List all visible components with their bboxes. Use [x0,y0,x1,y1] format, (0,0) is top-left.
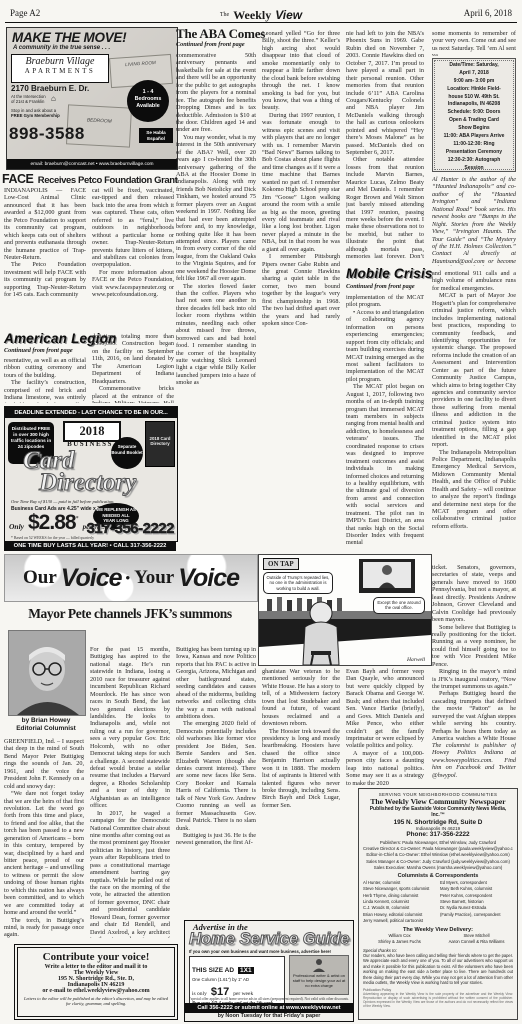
banner-voice: Voice [61,564,122,593]
mobile-crisis-col2: and emotional 911 calls and a high volum… [432,270,516,548]
masthead-phone: Phone: 317-356-2222 [363,831,513,838]
voice-col2: For the past 15 months, Buttigieg has as… [90,646,170,938]
card-ad-phone: 317-356-2222 [87,520,174,537]
home-ad-title: Home Service Guide [189,930,349,949]
cartoon-signature: Harwell [407,657,425,663]
home-ad-deadline: by Noon Tuesday for that Friday’s paper [185,1013,353,1019]
face-article-col2: cat will be fixed, vaccinated, ear-tippe… [92,187,174,329]
box-label: BEDROOM [87,118,112,124]
ad-headline: MAKE THE MOVE! [12,30,126,45]
byline-name: by Brian Howey [4,717,88,725]
columnists-list: Al Hunter, columnistSteve Nicewanger, sp… [363,880,513,924]
masthead-publisher-lines: Publishers: Paula Nicewanger, Ethel Wins… [363,840,513,871]
staff-photo-note: Professional writer & artist on staff to… [289,955,349,995]
aba-continued: Continued from front page [176,41,245,48]
home-service-guide-ad: Advertise in the Home Service Guide If y… [184,920,354,1022]
masthead-published-by: Published by the Eastside Voice Communit… [363,806,513,818]
aba-title: The ABA Comes [176,26,265,42]
directory-word: Directory [39,469,136,497]
se-habla-badge: Se Habla Español [139,128,173,143]
banner-your: Your [134,567,174,589]
card-directory-ad: DEADLINE EXTENDED - LAST CHANCE TO BE IN… [4,406,178,542]
policy-text: Advertising appearing in the Weekly View… [363,992,513,1009]
contribute-title: Contribute your voice! [15,951,177,963]
contribute-note: Letters to the editor will be published … [15,996,177,1006]
cartoon-bubble-1: Outside of Trump’s repeated lies, no one… [263,572,333,594]
columnists-left: Al Hunter, columnistSteve Nicewanger, sp… [363,880,436,924]
thanks-text: Our readers, who have been calling and t… [363,953,513,986]
voice-headline: Mayor Pete channels JFK’s summons [2,606,258,622]
banner-voice2: Voice [178,564,239,593]
portrait-art [9,631,85,715]
aba-col4-top: some moments to remember of your very ow… [432,30,516,56]
home-ad-pitch: If you own your own business and want mo… [189,949,349,954]
aba-event-box: Date/Time: Saturday,April 7, 20189:00 am… [432,58,516,172]
directory-cover-thumb: 2018 Card Directory [145,421,175,467]
aba-author-bio: Al Hunter is the author of the “Haunted … [432,176,516,266]
braeburn-apartments-ad: MAKE THE MOVE! A community in the true s… [6,27,178,170]
delivery-list: William CoxShirley & James Fuchs Steve M… [363,933,513,946]
voice-col4: ghanistan War veteran to be mentioned se… [262,668,340,916]
voice-col1: GREENFIELD, Ind. – I suspect that deep i… [4,738,84,938]
editorial-cartoon: ON TAP Outside of Trump’s repeated lies,… [258,554,432,666]
face-headline-rest: Receives Petco Foundation Grant [38,175,178,186]
legion-continued: Continued from front page [4,347,73,354]
booklet-badge: Separate Bound Booklet [111,437,143,469]
price-asterisk: * [76,516,79,522]
contact-text: email: braeburn@comcast.net • www.braebu… [30,162,153,167]
masthead-paper-title: The Weekly View Community Newspaper [363,797,513,806]
ad-gym-note: Stop in and ask about a FREE Gym Members… [11,108,60,118]
deadline-banner: DEADLINE EXTENDED - LAST CHANCE TO BE IN… [5,407,177,418]
home-ad-call-bar: Call 356-2222 or submit online at www.we… [185,1003,353,1013]
banner-bullet: • [126,570,131,586]
columnists-right: Ed Myers, correspondentMary Beth Kuhns, … [440,880,513,924]
one-time-buy-bar: ONE TIME BUY LASTS ALL YEAR! • CALL 317-… [4,541,176,551]
one-time-buy-text: ONE TIME BUY LASTS ALL YEAR! • CALL 317-… [14,543,167,549]
call-text: Call 356-2222 or submit online at www.we… [197,1005,340,1011]
box-label: LIVING ROOM [125,60,156,67]
voice-col5: Evan Bayh and former veep Dan Quayle, wh… [346,668,424,786]
braeburn-logo: Braeburn Village APARTMENTS [11,54,109,83]
badge-line: Español [139,136,173,142]
face-headline: FACE Receives Petco Foundation Grant [2,170,178,188]
this-size-label: THIS SIZE AD [192,967,234,974]
ad-subline: A community in the true sense . . . [13,45,110,51]
gym-line: FREE Gym Membership [11,113,60,118]
issue-date: April 6, 2018 [464,8,512,18]
aba-col2: Leonard yelled “Go for three Billy, shoo… [262,30,340,548]
delivery-right: Steve MitchellAaron Connell & Rita Willi… [440,933,513,946]
location-line: of 21st & Franklin [11,99,46,104]
contribute-email: or e-mail to ethel.weeklyview@yahoo.com [15,988,177,994]
contribute-box: Contribute your voice! Write a letter to… [14,944,178,1020]
header-rule [5,22,517,23]
ad-address: 2170 Braeburn E. Dr. [11,84,89,93]
mobile-crisis-col1: implementation of the MCAT pilot program… [346,294,424,548]
badge-line: Bedrooms [127,96,169,103]
masthead-info-box: SERVING YOUR NEIGHBORHOOD COMMUNITIES Th… [358,788,518,1020]
badge-line: 1 - 4 [127,89,169,96]
deadline-text: DEADLINE EXTENDED - LAST CHANCE TO BE IN… [14,410,167,416]
logo-script: Braeburn Village [12,56,108,67]
mobile-crisis-continued: Continued from front page [346,283,415,290]
size-chip: 1X1 [238,967,254,974]
aba-col3: nie had left to join the NBA’s Phoenix S… [346,30,424,262]
face-article-col1: INDIANAPOLIS — FACE Low-Cost Animal Clin… [4,187,86,329]
our-voice-banner: Our Voice • Your Voice [4,554,258,602]
year-box: 2018 [63,421,121,442]
voice-col6: ticket. Senators, governors, secretaries… [432,564,516,740]
cartoon-bubble-2: Except the one around the oval office. [373,597,425,614]
home-ad-fine-print: *special offer applies to all home servi… [189,997,349,1001]
bedrooms-badge: 1 - 4 Bedrooms Available [127,80,169,122]
ad-contact-bar: email: braeburn@comcast.net • www.braebu… [7,159,177,169]
columnists-header: Columnists & Correspondents [363,873,513,879]
masthead-address: 195 N. Shortridge Rd, Suite D [363,819,513,826]
columnist-portrait [8,630,86,716]
voice-col3: Buttigieg has been turning up in Iowa, K… [176,646,256,916]
only-label: Only [9,522,24,531]
voice-byline: by Brian Howey Editorial Columnist [4,717,88,734]
banner-our: Our [23,567,57,589]
card-ad-disclaimer: * Based on 52 WEEKS for the year — bille… [11,536,94,540]
person-icon [312,958,326,972]
onetime-line: One Time Buy of $130 — paid in full befo… [11,499,115,504]
badge-line: Available [127,103,169,110]
house-icon: ⌂ [51,94,56,103]
legion-col1: resentative, as well as an official ribb… [4,357,86,403]
cartoon-label: ON TAP [263,558,299,570]
staff-note-text: Professional writer & artist on staff to… [292,973,346,988]
legion-col2: donations totaling more than $390,000. C… [92,333,174,403]
newspaper-page: Page A2 The Weekly View April 6, 2018 MA… [0,0,522,1024]
ad-location: At the Intersection of 21st & Franklin [11,94,46,104]
aba-col1: commemorative 50th anniversary pennants … [176,52,256,548]
price-value: $2.88 [28,511,76,534]
delivery-left: William CoxShirley & James Fuchs [363,933,436,946]
masthead-view: View [275,8,302,22]
byline-role: Editorial Columnist [4,725,88,733]
face-headline-word: FACE [2,172,33,186]
logo-sub: APARTMENTS [12,67,108,75]
mobile-crisis-title: Mobile Crisis [346,266,433,281]
ad-phone: 898-3588 [9,124,85,144]
masthead-weekly: Weekly [233,8,271,22]
voice-columnist-bio: The columnist is publisher of Howey Poli… [432,742,516,786]
masthead-the: The [220,12,229,18]
distributed-text: Distributed FREE in over 300 high traffi… [11,426,51,449]
cover-title: 2018 Card Directory [150,436,171,446]
booklet-text: Separate Bound Booklet [111,444,142,455]
